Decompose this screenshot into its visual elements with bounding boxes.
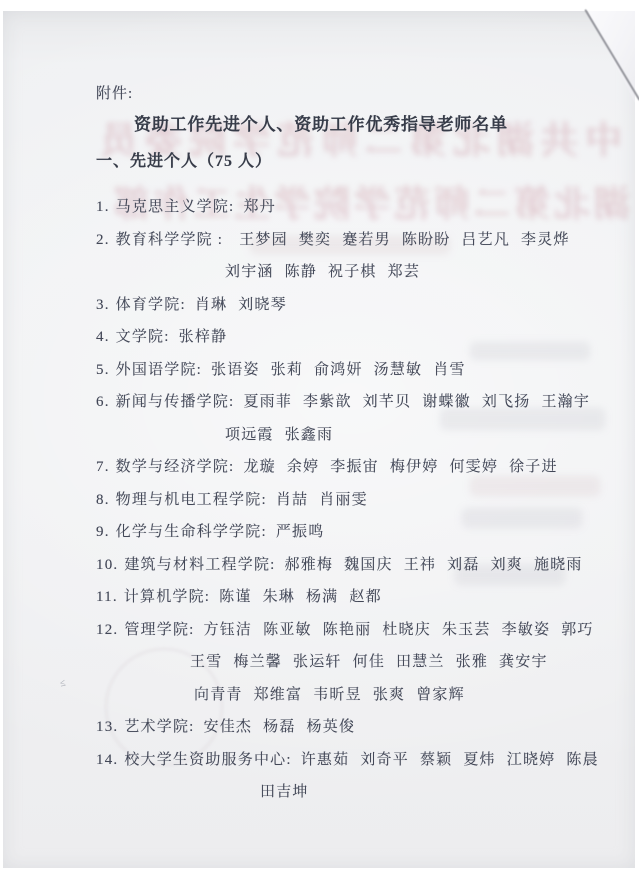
unit-name: 新闻与传播学院: — [116, 394, 235, 410]
entry-continuation-line: 项远霞张鑫雨 — [0, 419, 620, 452]
unit-name: 体育学院: — [116, 297, 186, 313]
person-name: 夏炜 — [463, 752, 495, 768]
person-name: 施晓雨 — [534, 557, 583, 573]
entry-number: 6. — [96, 394, 110, 410]
person-name: 蔡颖 — [420, 752, 452, 768]
person-name: 曾家辉 — [416, 687, 465, 703]
person-name: 刘飞扬 — [482, 394, 531, 410]
person-name: 肖喆 — [276, 492, 308, 508]
person-name: 陈谨 — [219, 589, 251, 605]
person-name: 韦昕昱 — [313, 687, 362, 703]
entry-number: 11. — [96, 589, 118, 605]
person-name: 张鑫雨 — [285, 427, 334, 443]
entry-number: 5. — [96, 362, 110, 378]
person-name: 江晓婷 — [507, 752, 556, 768]
person-name: 王瀚宇 — [541, 394, 590, 410]
person-name: 张爽 — [373, 687, 405, 703]
section-heading: 一、先进个人（75 人） — [96, 148, 272, 171]
entry-line: 4.文学院:张梓静 — [0, 321, 620, 354]
person-name: 刘芊贝 — [363, 394, 412, 410]
entry-line: 9.化学与生命科学学院:严振鸣 — [0, 516, 620, 549]
person-name: 张运轩 — [293, 654, 342, 670]
entry-continuation-line: 田吉坤 — [0, 776, 620, 809]
entry-number: 13. — [96, 719, 118, 735]
unit-name: 校大学生资助服务中心: — [124, 752, 291, 768]
person-name: 郑芸 — [388, 264, 420, 280]
unit-name: 教育科学学院 : — [116, 232, 224, 248]
person-name: 方钰洁 — [204, 622, 253, 638]
person-name: 朱玉芸 — [442, 622, 491, 638]
person-name: 夏雨菲 — [243, 394, 292, 410]
entry-continuation-line: 向青青郑维富韦昕昱张爽曾家辉 — [0, 679, 620, 712]
person-name: 何雯婷 — [449, 459, 498, 475]
person-name: 肖琳 — [195, 297, 227, 313]
entry-line: 2.教育科学学院 :王梦园樊奕蹇若男陈盼盼吕艺凡李灵烨 — [0, 224, 620, 257]
person-name: 李灵烨 — [521, 232, 570, 248]
person-name: 吕艺凡 — [461, 232, 510, 248]
entry-number: 9. — [96, 524, 110, 540]
person-name: 刘奇平 — [360, 752, 409, 768]
person-name: 向青青 — [194, 687, 243, 703]
entry-number: 8. — [96, 492, 110, 508]
person-name: 陈静 — [285, 264, 317, 280]
person-name: 何佳 — [353, 654, 385, 670]
entry-number: 3. — [96, 297, 110, 313]
person-name: 刘爽 — [491, 557, 523, 573]
person-name: 杨满 — [306, 589, 338, 605]
person-name: 郝雅梅 — [285, 557, 334, 573]
entry-line: 10.建筑与材料工程学院:郝雅梅魏国庆王祎刘磊刘爽施晓雨 — [0, 549, 620, 582]
person-name: 徐子进 — [509, 459, 558, 475]
person-name: 樊奕 — [299, 232, 331, 248]
document-title: 资助工作先进个人、资助工作优秀指导老师名单 — [134, 110, 508, 135]
person-name: 张雅 — [456, 654, 488, 670]
person-name: 刘磊 — [447, 557, 479, 573]
person-name: 魏国庆 — [344, 557, 393, 573]
person-name: 祝子棋 — [328, 264, 377, 280]
person-name: 梅伊婷 — [390, 459, 439, 475]
person-name: 王梦园 — [239, 232, 288, 248]
unit-name: 计算机学院: — [124, 589, 210, 605]
attachment-label: 附件: — [96, 82, 133, 103]
entry-line: 12.管理学院:方钰洁陈亚敏陈艳丽杜晓庆朱玉芸李敏姿郭巧 — [0, 614, 620, 647]
entry-line: 3.体育学院:肖琳刘晓琴 — [0, 289, 620, 322]
person-name: 严振鸣 — [276, 524, 325, 540]
entry-number: 14. — [96, 752, 118, 768]
unit-name: 化学与生命科学学院: — [116, 524, 267, 540]
unit-name: 管理学院: — [124, 622, 194, 638]
person-name: 郑丹 — [243, 199, 275, 215]
entry-continuation-line: 刘宇涵陈静祝子棋郑芸 — [0, 256, 620, 289]
person-name: 杨英俊 — [307, 719, 356, 735]
person-name: 刘晓琴 — [238, 297, 287, 313]
person-name: 龙璇 — [243, 459, 275, 475]
person-name: 田吉坤 — [260, 784, 309, 800]
entry-line: 5.外国语学院:张语姿张莉俞鸿妍汤慧敏肖雪 — [0, 354, 620, 387]
entry-number: 12. — [96, 622, 118, 638]
person-name: 陈盼盼 — [402, 232, 451, 248]
person-name: 刘宇涵 — [225, 264, 274, 280]
person-name: 李振宙 — [330, 459, 379, 475]
person-name: 俞鸿妍 — [314, 362, 363, 378]
person-name: 李敏姿 — [502, 622, 551, 638]
person-name: 余婷 — [287, 459, 319, 475]
unit-name: 数学与经济学院: — [116, 459, 235, 475]
entry-continuation-line: 王雪梅兰馨张运轩何佳田慧兰张雅龚安宇 — [0, 646, 620, 679]
person-name: 蹇若男 — [342, 232, 391, 248]
entry-line: 14.校大学生资助服务中心:许惠茹刘奇平蔡颖夏炜江晓婷陈晨 — [0, 744, 620, 777]
entry-line: 7.数学与经济学院:龙璇余婷李振宙梅伊婷何雯婷徐子进 — [0, 451, 620, 484]
unit-name: 文学院: — [116, 329, 170, 345]
person-name: 赵都 — [349, 589, 381, 605]
person-name: 郭巧 — [561, 622, 593, 638]
person-name: 杨磊 — [263, 719, 295, 735]
entry-number: 7. — [96, 459, 110, 475]
person-name: 张莉 — [271, 362, 303, 378]
unit-name: 外国语学院: — [116, 362, 202, 378]
person-name: 梅兰馨 — [233, 654, 282, 670]
entry-number: 10. — [96, 557, 118, 573]
person-name: 陈艳丽 — [323, 622, 372, 638]
entry-line: 11.计算机学院:陈谨朱琳杨满赵都 — [0, 581, 620, 614]
person-name: 陈亚敏 — [263, 622, 312, 638]
person-name: 谢蝶徽 — [422, 394, 471, 410]
person-name: 肖丽雯 — [319, 492, 368, 508]
person-name: 朱琳 — [263, 589, 295, 605]
person-name: 杜晓庆 — [382, 622, 431, 638]
entry-number: 1. — [96, 199, 110, 215]
person-name: 张语姿 — [211, 362, 260, 378]
person-name: 王雪 — [190, 654, 222, 670]
entry-number: 2. — [96, 232, 110, 248]
unit-name: 物理与机电工程学院: — [116, 492, 267, 508]
entry-number: 4. — [96, 329, 110, 345]
unit-name: 马克思主义学院: — [116, 199, 235, 215]
person-name: 安佳杰 — [204, 719, 253, 735]
person-name: 汤慧敏 — [374, 362, 423, 378]
unit-name: 建筑与材料工程学院: — [124, 557, 275, 573]
advanced-individuals-list: 1.马克思主义学院:郑丹2.教育科学学院 :王梦园樊奕蹇若男陈盼盼吕艺凡李灵烨刘… — [0, 191, 620, 809]
entry-line: 1.马克思主义学院:郑丹 — [0, 191, 620, 224]
entry-line: 6.新闻与传播学院:夏雨菲李紫歆刘芊贝谢蝶徽刘飞扬王瀚宇 — [0, 386, 620, 419]
entry-line: 8.物理与机电工程学院:肖喆肖丽雯 — [0, 484, 620, 517]
person-name: 王祎 — [404, 557, 436, 573]
unit-name: 艺术学院: — [124, 719, 194, 735]
person-name: 许惠茹 — [301, 752, 350, 768]
person-name: 龚安宇 — [499, 654, 548, 670]
person-name: 张梓静 — [179, 329, 228, 345]
person-name: 项远霞 — [225, 427, 274, 443]
person-name: 肖雪 — [433, 362, 465, 378]
entry-line: 13.艺术学院:安佳杰杨磊杨英俊 — [0, 711, 620, 744]
person-name: 田慧兰 — [396, 654, 445, 670]
person-name: 李紫歆 — [303, 394, 352, 410]
person-name: 郑维富 — [254, 687, 303, 703]
scanned-document-page: { "document": { "attachment_label": "附件:… — [0, 0, 639, 880]
person-name: 陈晨 — [566, 752, 598, 768]
